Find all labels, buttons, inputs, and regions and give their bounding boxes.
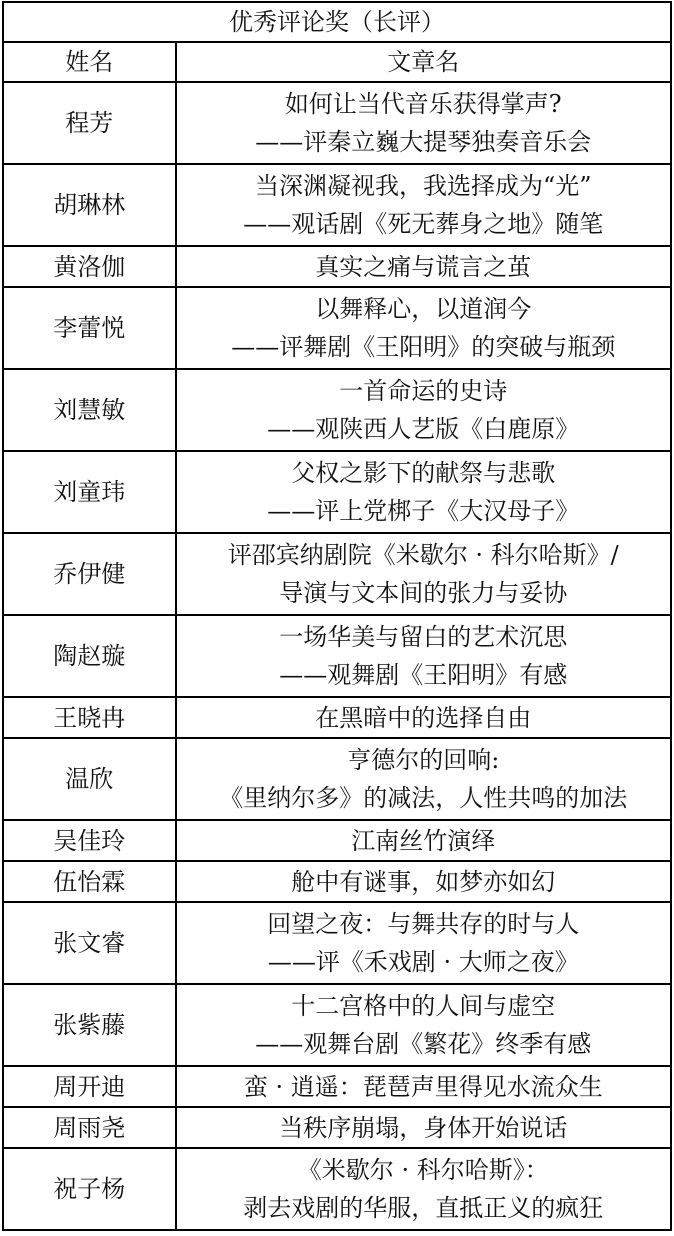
article-title-line: 如何让当代音乐获得掌声? [177, 85, 670, 123]
article-title-cell: 亨德尔的回响:《里纳尔多》的减法，人性共鸣的加法 [176, 738, 671, 820]
article-title-cell: 《米歇尔 · 科尔哈斯》：剥去戏剧的华服，直抵正义的疯狂 [176, 1148, 671, 1230]
article-title-line: ——评《禾戏剧 · 大师之夜》 [177, 943, 670, 981]
article-title-line: 当秩序崩塌，身体开始说话 [177, 1109, 670, 1147]
author-name-cell: 吴佳玲 [3, 820, 176, 861]
article-title-line: ——评秦立巍大提琴独奏音乐会 [177, 123, 670, 161]
author-name-cell: 周开迪 [3, 1066, 176, 1107]
author-name-cell: 黄洛伽 [3, 246, 176, 287]
author-name-cell: 刘慧敏 [3, 369, 176, 451]
article-title-line: 十二宫格中的人间与虚空 [177, 987, 670, 1025]
table-row: 周雨尧当秩序崩塌，身体开始说话 [3, 1107, 671, 1148]
article-title-line: 回望之夜：与舞共存的时与人 [177, 905, 670, 943]
article-title-cell: 舱中有谜事，如梦亦如幻 [176, 861, 671, 902]
table-row: 程芳如何让当代音乐获得掌声?——评秦立巍大提琴独奏音乐会 [3, 82, 671, 164]
article-title-cell: 父权之影下的献祭与悲歌——评上党梆子《大汉母子》 [176, 451, 671, 533]
article-title-cell: 蛮 · 逍遥：琵琶声里得见水流众生 [176, 1066, 671, 1107]
article-title-line: 父权之影下的献祭与悲歌 [177, 454, 670, 492]
article-title-line: 导演与文本间的张力与妥协 [177, 574, 670, 612]
article-title-line: ——评舞剧《王阳明》的突破与瓶颈 [177, 328, 670, 366]
column-header-article: 文章名 [176, 42, 671, 82]
table-row: 祝子杨《米歇尔 · 科尔哈斯》：剥去戏剧的华服，直抵正义的疯狂 [3, 1148, 671, 1230]
author-name-cell: 温欣 [3, 738, 176, 820]
table-row: 张文睿回望之夜：与舞共存的时与人——评《禾戏剧 · 大师之夜》 [3, 902, 671, 984]
author-name-cell: 张文睿 [3, 902, 176, 984]
author-name-cell: 周雨尧 [3, 1107, 176, 1148]
article-title-line: 舱中有谜事，如梦亦如幻 [177, 863, 670, 901]
article-title-cell: 回望之夜：与舞共存的时与人——评《禾戏剧 · 大师之夜》 [176, 902, 671, 984]
table-row: 刘慧敏一首命运的史诗——观陕西人艺版《白鹿原》 [3, 369, 671, 451]
article-title-cell: 当深渊凝视我，我选择成为“光”——观话剧《死无葬身之地》随笔 [176, 164, 671, 246]
article-title-line: 《米歇尔 · 科尔哈斯》： [177, 1151, 670, 1189]
article-title-line: ——观舞台剧《繁花》终季有感 [177, 1025, 670, 1063]
article-title-cell: 在黑暗中的选择自由 [176, 697, 671, 738]
table-row: 吴佳玲江南丝竹演绎 [3, 820, 671, 861]
author-name-cell: 王晓冉 [3, 697, 176, 738]
title-row: 优秀评论奖（长评） [3, 2, 671, 42]
table-row: 张紫藤十二宫格中的人间与虚空——观舞台剧《繁花》终季有感 [3, 984, 671, 1066]
table-row: 温欣亨德尔的回响:《里纳尔多》的减法，人性共鸣的加法 [3, 738, 671, 820]
article-title-cell: 当秩序崩塌，身体开始说话 [176, 1107, 671, 1148]
article-title-line: 当深渊凝视我，我选择成为“光” [177, 167, 670, 205]
header-row: 姓名 文章名 [3, 42, 671, 82]
table-title: 优秀评论奖（长评） [3, 2, 671, 42]
article-title-line: 蛮 · 逍遥：琵琶声里得见水流众生 [177, 1068, 670, 1106]
table-row: 刘童玮父权之影下的献祭与悲歌——评上党梆子《大汉母子》 [3, 451, 671, 533]
article-title-line: 剥去戏剧的华服，直抵正义的疯狂 [177, 1189, 670, 1227]
article-title-line: 真实之痛与谎言之茧 [177, 248, 670, 286]
author-name-cell: 张紫藤 [3, 984, 176, 1066]
author-name-cell: 刘童玮 [3, 451, 176, 533]
author-name-cell: 伍怡霖 [3, 861, 176, 902]
column-header-name: 姓名 [3, 42, 176, 82]
author-name-cell: 程芳 [3, 82, 176, 164]
table-row: 伍怡霖舱中有谜事，如梦亦如幻 [3, 861, 671, 902]
article-title-line: 一首命运的史诗 [177, 372, 670, 410]
article-title-cell: 一首命运的史诗——观陕西人艺版《白鹿原》 [176, 369, 671, 451]
article-title-cell: 以舞释心，以道润今——评舞剧《王阳明》的突破与瓶颈 [176, 287, 671, 369]
table-row: 乔伊健评邵宾纳剧院《米歇尔 · 科尔哈斯》/导演与文本间的张力与妥协 [3, 533, 671, 615]
article-title-cell: 江南丝竹演绎 [176, 820, 671, 861]
article-title-cell: 十二宫格中的人间与虚空——观舞台剧《繁花》终季有感 [176, 984, 671, 1066]
article-title-line: ——观陕西人艺版《白鹿原》 [177, 410, 670, 448]
table-row: 陶赵璇一场华美与留白的艺术沉思——观舞剧《王阳明》有感 [3, 615, 671, 697]
table-row: 王晓冉在黑暗中的选择自由 [3, 697, 671, 738]
award-table: 优秀评论奖（长评） 姓名 文章名 程芳如何让当代音乐获得掌声?——评秦立巍大提琴… [2, 1, 672, 1231]
article-title-cell: 评邵宾纳剧院《米歇尔 · 科尔哈斯》/导演与文本间的张力与妥协 [176, 533, 671, 615]
article-title-line: 《里纳尔多》的减法，人性共鸣的加法 [177, 779, 670, 817]
table-row: 周开迪蛮 · 逍遥：琵琶声里得见水流众生 [3, 1066, 671, 1107]
article-title-line: 以舞释心，以道润今 [177, 290, 670, 328]
article-title-line: 评邵宾纳剧院《米歇尔 · 科尔哈斯》/ [177, 536, 670, 574]
article-title-line: ——观话剧《死无葬身之地》随笔 [177, 205, 670, 243]
article-title-line: ——观舞剧《王阳明》有感 [177, 656, 670, 694]
table-row: 黄洛伽真实之痛与谎言之茧 [3, 246, 671, 287]
article-title-line: 江南丝竹演绎 [177, 822, 670, 860]
author-name-cell: 李蕾悦 [3, 287, 176, 369]
article-title-line: 亨德尔的回响: [177, 741, 670, 779]
article-title-line: 一场华美与留白的艺术沉思 [177, 618, 670, 656]
table-row: 胡琳林当深渊凝视我，我选择成为“光”——观话剧《死无葬身之地》随笔 [3, 164, 671, 246]
article-title-cell: 真实之痛与谎言之茧 [176, 246, 671, 287]
author-name-cell: 乔伊健 [3, 533, 176, 615]
author-name-cell: 胡琳林 [3, 164, 176, 246]
table-row: 李蕾悦以舞释心，以道润今——评舞剧《王阳明》的突破与瓶颈 [3, 287, 671, 369]
article-title-cell: 一场华美与留白的艺术沉思——观舞剧《王阳明》有感 [176, 615, 671, 697]
author-name-cell: 陶赵璇 [3, 615, 176, 697]
article-title-line: ——评上党梆子《大汉母子》 [177, 492, 670, 530]
author-name-cell: 祝子杨 [3, 1148, 176, 1230]
article-title-line: 在黑暗中的选择自由 [177, 699, 670, 737]
article-title-cell: 如何让当代音乐获得掌声?——评秦立巍大提琴独奏音乐会 [176, 82, 671, 164]
